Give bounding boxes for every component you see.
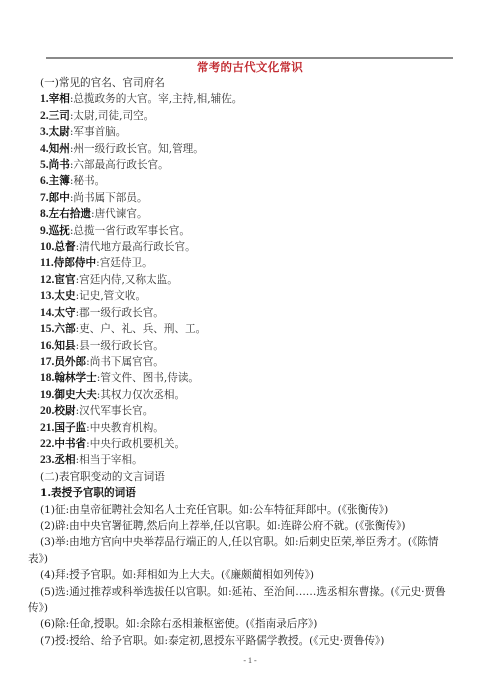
list-item: 18.翰林学士:管文件、图书,侍读。 <box>28 370 458 386</box>
list-item: 3.太尉:军事首脑。 <box>28 124 458 140</box>
list-item: 7.郎中:尚书属下部员。 <box>28 190 458 206</box>
item-term: 尚书 <box>49 159 70 171</box>
item-description: :相当于宰相。 <box>76 454 143 466</box>
item-term: 主簿 <box>49 175 70 187</box>
list-item: 21.国子监:中央教育机构。 <box>28 420 458 436</box>
list-item: 19.御史大夫:其权力仅次丞相。 <box>28 387 458 403</box>
subheading: 1.表授予官职的词语 <box>28 485 458 501</box>
item-number: 15. <box>40 323 54 335</box>
item-description: :总揽一省行政军事长官。 <box>70 225 190 237</box>
list-item: 5.尚书:六部最高行政长官。 <box>28 157 458 173</box>
item-term: 六部 <box>54 323 75 335</box>
list-item: 13.太史:记史,管文收。 <box>28 288 458 304</box>
document-body: (一)常见的官名、官司府名 1.宰相:总揽政务的大官。宰,主持,相,辅佐。2.三… <box>28 75 458 649</box>
item-description: :吏、户、礼、兵、刑、工。 <box>76 323 207 335</box>
item-description: :中央行政机要机关。 <box>86 438 185 450</box>
list-item: 2.三司:太尉,司徒,司空。 <box>28 108 458 124</box>
term-entry: (7)授:授给、给予官职。如:泰定初,恩授东平路儒学教授。(《元史·贾鲁传》) <box>28 633 458 649</box>
item-number: 18. <box>40 372 54 384</box>
item-description: :中央教育机构。 <box>86 422 164 434</box>
list-item: 22.中书省:中央行政机要机关。 <box>28 436 458 452</box>
list-item: 16.知县:县一级行政长官。 <box>28 338 458 354</box>
term-entry: (5)选:通过推荐或科举选拔任以官职。如:延祐、至治间……选丞相东曹掾。(《元史… <box>28 584 458 617</box>
page-number: - 1 - <box>0 656 500 665</box>
item-description: :其权力仅次丞相。 <box>97 389 185 401</box>
item-term: 御史大夫 <box>54 389 96 401</box>
item-description: :清代地方最高行政长官。 <box>76 241 196 253</box>
item-term: 员外郎 <box>54 356 86 368</box>
list-item: 20.校尉:汉代军事长官。 <box>28 403 458 419</box>
officials-list: 1.宰相:总揽政务的大官。宰,主持,相,辅佐。2.三司:太尉,司徒,司空。3.太… <box>28 91 458 468</box>
list-item: 15.六部:吏、户、礼、兵、刑、工。 <box>28 321 458 337</box>
item-number: 1. <box>40 93 49 105</box>
item-term: 郎中 <box>49 192 70 204</box>
item-term: 太守 <box>54 307 75 319</box>
item-number: 11. <box>40 257 54 269</box>
item-term: 太史 <box>54 290 75 302</box>
item-number: 20. <box>40 405 54 417</box>
item-description: :总揽政务的大官。宰,主持,相,辅佐。 <box>70 93 243 105</box>
section-heading-1: (一)常见的官名、官司府名 <box>28 75 458 91</box>
item-description: :六部最高行政长官。 <box>70 159 169 171</box>
item-number: 17. <box>40 356 54 368</box>
list-item: 12.宦官:宫廷内侍,又称太监。 <box>28 272 458 288</box>
item-term: 知县 <box>54 340 75 352</box>
term-entry: (3)举:由地方官向中央举荐品行端正的人,任以官职。如:后刺史臣荣,举臣秀才。(… <box>28 534 458 567</box>
item-description: :郡一级行政长官。 <box>76 307 164 319</box>
item-term: 宰相 <box>49 93 70 105</box>
item-number: 3. <box>40 126 49 138</box>
item-number: 21. <box>40 422 54 434</box>
item-number: 9. <box>40 225 49 237</box>
item-term: 中书省 <box>54 438 86 450</box>
term-entry: (2)辟:由中央官署征聘,然后向上荐举,任以官职。如:连辟公府不就。(《张衡传》… <box>28 518 458 534</box>
item-description: :管文件、图书,侍读。 <box>97 372 199 384</box>
item-description: :尚书下属官官。 <box>86 356 164 368</box>
list-item: 6.主簿:秘书。 <box>28 173 458 189</box>
item-term: 太尉 <box>49 126 70 138</box>
item-description: :宫廷侍卫。 <box>96 257 153 269</box>
list-item: 4.知州:州一级行政长官。知,管理。 <box>28 141 458 157</box>
terms-list: (1)征:由皇帝征聘社会知名人士充任官职。如:公车特征拜郎中。(《张衡传》)(2… <box>28 502 458 650</box>
term-entry: (1)征:由皇帝征聘社会知名人士充任官职。如:公车特征拜郎中。(《张衡传》) <box>28 502 458 518</box>
item-number: 14. <box>40 307 54 319</box>
item-number: 8. <box>40 208 49 220</box>
list-item: 8.左右拾遗:唐代谏官。 <box>28 206 458 222</box>
item-number: 16. <box>40 340 54 352</box>
item-term: 三司 <box>49 110 70 122</box>
list-item: 23.丞相:相当于宰相。 <box>28 452 458 468</box>
item-number: 4. <box>40 143 49 155</box>
list-item: 1.宰相:总揽政务的大官。宰,主持,相,辅佐。 <box>28 91 458 107</box>
item-description: :汉代军事长官。 <box>76 405 154 417</box>
term-entry: (4)拜:授予官职。如:拜相如为上大夫。(《廉颇蔺相如列传》) <box>28 567 458 583</box>
item-term: 巡抚 <box>49 225 70 237</box>
item-term: 校尉 <box>54 405 75 417</box>
item-description: :军事首脑。 <box>70 126 127 138</box>
item-number: 19. <box>40 389 54 401</box>
item-term: 知州 <box>49 143 70 155</box>
term-entry: (6)除:任命,授职。如:余除右丞相兼枢密使。(《指南录后序》) <box>28 616 458 632</box>
item-description: :秘书。 <box>70 175 105 187</box>
item-number: 6. <box>40 175 49 187</box>
item-number: 22. <box>40 438 54 450</box>
list-item: 11.侍郎侍中:宫廷侍卫。 <box>28 255 458 271</box>
item-description: :唐代谏官。 <box>91 208 148 220</box>
item-term: 总督 <box>54 241 75 253</box>
list-item: 9.巡抚:总揽一省行政军事长官。 <box>28 223 458 239</box>
item-description: :县一级行政长官。 <box>76 340 164 352</box>
item-term: 翰林学士 <box>54 372 96 384</box>
list-item: 17.员外郎:尚书下属官官。 <box>28 354 458 370</box>
item-description: :记史,管文收。 <box>76 290 147 302</box>
item-description: :尚书属下部员。 <box>70 192 148 204</box>
item-term: 侍郎侍中 <box>54 257 96 269</box>
list-item: 14.太守:郡一级行政长官。 <box>28 305 458 321</box>
item-term: 宦官 <box>54 274 75 286</box>
item-number: 13. <box>40 290 54 302</box>
item-term: 左右拾遗 <box>49 208 91 220</box>
item-description: :州一级行政长官。知,管理。 <box>70 143 204 155</box>
item-description: :宫廷内侍,又称太监。 <box>76 274 178 286</box>
item-term: 丞相 <box>54 454 75 466</box>
item-number: 10. <box>40 241 54 253</box>
item-number: 7. <box>40 192 49 204</box>
item-number: 12. <box>40 274 54 286</box>
list-item: 10.总督:清代地方最高行政长官。 <box>28 239 458 255</box>
item-number: 2. <box>40 110 49 122</box>
item-description: :太尉,司徒,司空。 <box>70 110 154 122</box>
item-number: 5. <box>40 159 49 171</box>
item-term: 国子监 <box>54 422 86 434</box>
document-title: 常考的古代文化常识 <box>0 59 500 75</box>
item-number: 23. <box>40 454 54 466</box>
section-heading-2: (二)表官职变动的文言词语 <box>28 469 458 485</box>
